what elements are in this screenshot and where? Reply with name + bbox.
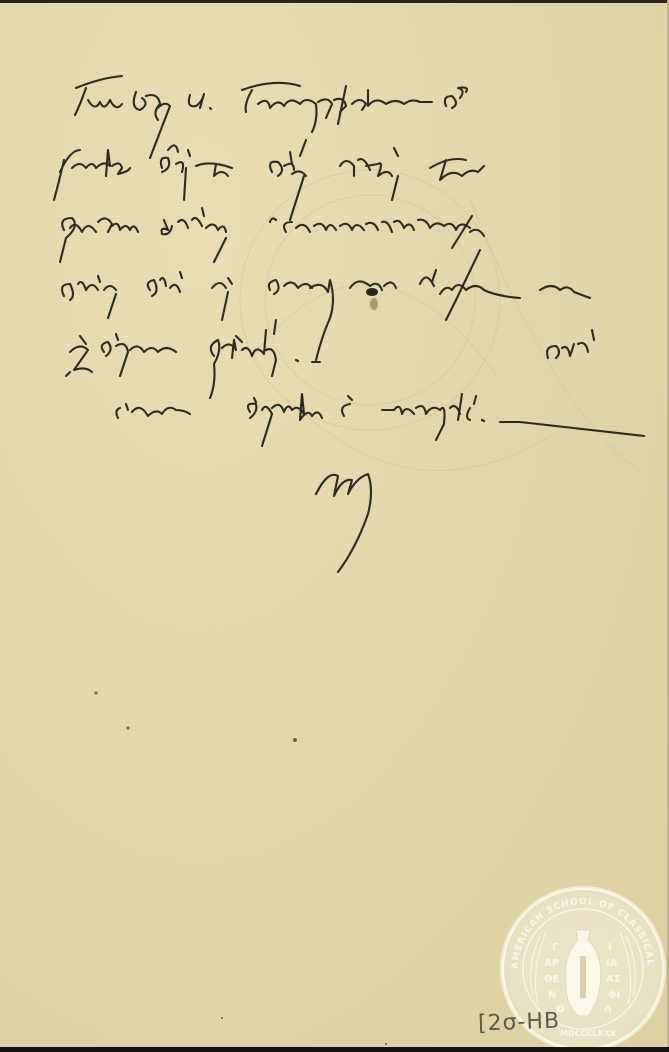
- svg-text:ΑΡ: ΑΡ: [544, 958, 559, 969]
- letter-line-3: γράφω διὰ τῆς τρομοκρατίας: [56, 212, 441, 242]
- svg-text:ΙΑ: ΙΑ: [606, 958, 618, 969]
- letter-line-2: ήκετης δόγμα αξ. αὐτά; Γαλ-: [56, 148, 437, 178]
- stamp-year: MDCCCLXXX: [560, 1029, 617, 1038]
- letter-line-5: ζ' αύξοι φιλίας. – οὐδ': [64, 338, 355, 368]
- letter-line-6: έτερα σύρειχα η ετραγή. —: [116, 398, 473, 428]
- svg-text:Λ: Λ: [604, 1004, 612, 1015]
- svg-text:Ι: Ι: [608, 942, 612, 953]
- svg-text:ΦΙ: ΦΙ: [608, 990, 620, 1001]
- svg-text:ΘΕ: ΘΕ: [544, 974, 560, 985]
- letter-line-1: Τω αξ. κ. Παπαρρηγοπούλω αἰ: [76, 80, 479, 110]
- svg-text:ΑΣ: ΑΣ: [606, 974, 621, 985]
- archive-annotation: [2σ-ΗΒ: [478, 1009, 561, 1037]
- svg-text:Γ: Γ: [552, 942, 559, 953]
- signature: Μ: [316, 470, 343, 500]
- svg-text:Ν: Ν: [548, 990, 556, 1001]
- scan-bottom-edge: [0, 1047, 669, 1052]
- letter-line-4: αὐτάς διὰ τῆς διώξεως τοῦ κόσμου: [60, 276, 525, 306]
